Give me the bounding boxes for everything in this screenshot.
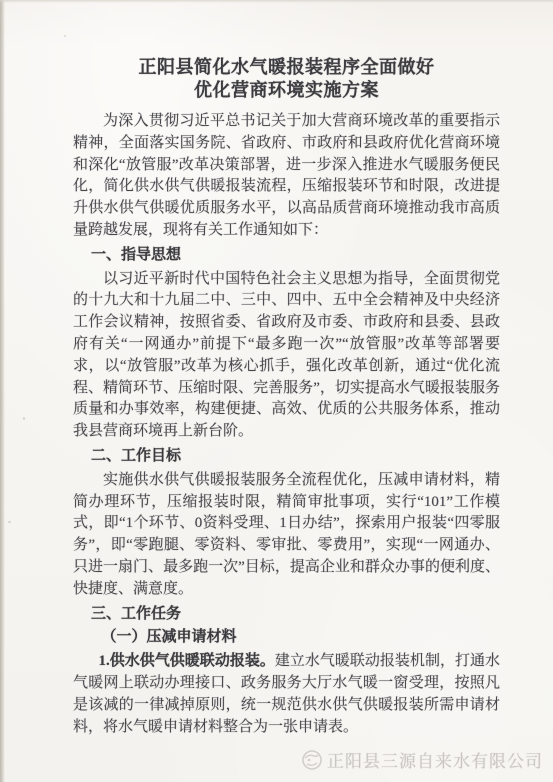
company-logo-icon <box>301 749 323 771</box>
task1-paragraph: 1.供水供气供暖联动报装。建立水气暖联动报装机制，打通水气暖网上联动办理接口、政… <box>73 651 500 738</box>
scan-speck <box>64 35 66 37</box>
scan-edge-top <box>0 0 553 3</box>
document-body: 正阳县简化水气暖报装程序全面做好 优化营商环境实施方案 为深入贯彻习近平总书记关… <box>73 56 500 738</box>
section2-heading: 二、工作目标 <box>73 446 500 468</box>
intro-paragraph: 为深入贯彻习近平总书记关于加大营商环境改革的重要指示精神，全面落实国务院、省政府… <box>73 111 500 242</box>
section3-heading: 三、工作任务 <box>73 604 500 626</box>
company-watermark: 正阳县三源自来水有限公司 <box>301 747 543 772</box>
document-title-line2: 优化营商环境实施方案 <box>73 79 500 102</box>
section2-paragraph: 实施供水供气供暖报装服务全流程优化，压减申请材料，精简办理环节，压缩报装时限，精… <box>73 470 500 601</box>
scan-speck <box>23 417 25 420</box>
scanned-document-page: 正阳县简化水气暖报装程序全面做好 优化营商环境实施方案 为深入贯彻习近平总书记关… <box>0 0 553 782</box>
scan-edge-left <box>0 0 5 782</box>
section1-paragraph: 以习近平新时代中国特色社会主义思想为指导，全面贯彻党的十九大和十九届二中、三中、… <box>73 269 500 443</box>
section1-heading: 一、指导思想 <box>73 245 500 267</box>
document-title-line1: 正阳县简化水气暖报装程序全面做好 <box>73 56 500 79</box>
scan-speck <box>8 521 11 523</box>
section3-subheading: （一）压减申请材料 <box>73 627 500 649</box>
company-watermark-text: 正阳县三源自来水有限公司 <box>327 747 543 772</box>
task1-lead: 1.供水供气供暖联动报装。 <box>99 653 275 669</box>
